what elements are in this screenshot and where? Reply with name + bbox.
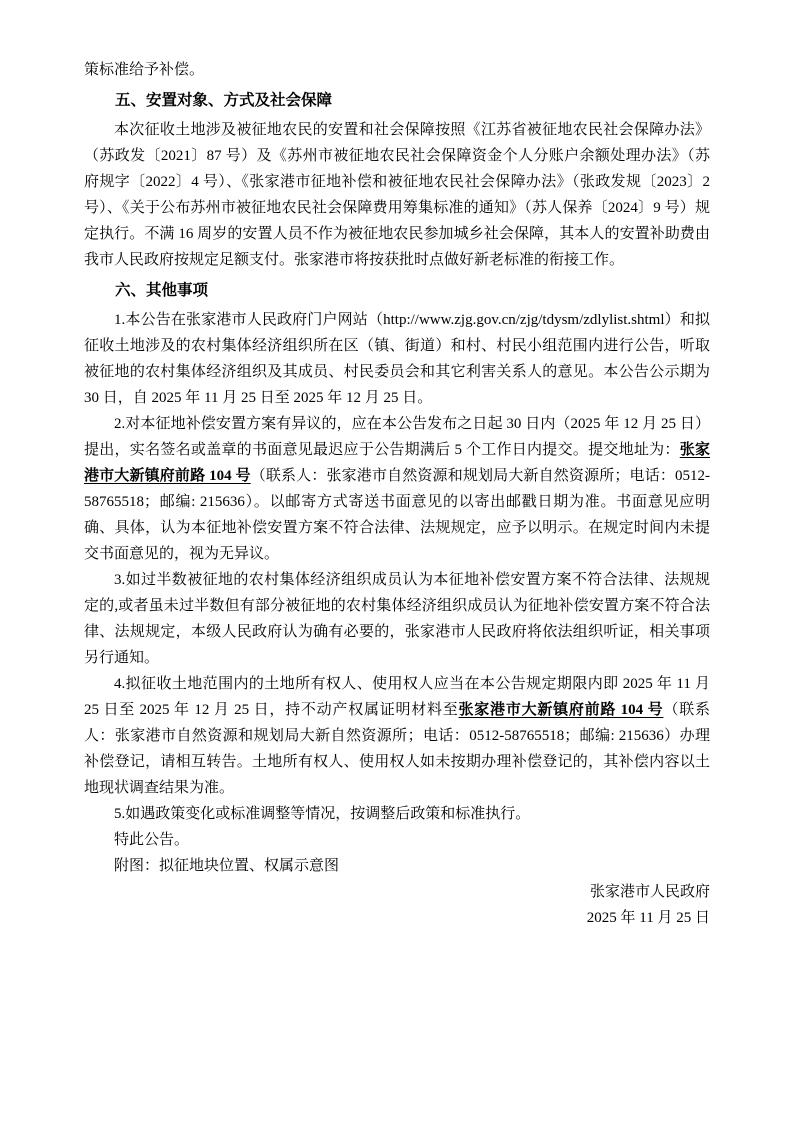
section6-item-5: 5.如遇政策变化或标准调整等情况，按调整后政策和标准执行。 xyxy=(84,801,710,827)
section6-item-2: 2.对本征地补偿安置方案有异议的，应在本公告发布之日起 30 日内（2025 年… xyxy=(84,411,710,567)
announcement-page: 策标准给予补偿。 五、安置对象、方式及社会保障 本次征收土地涉及被征地农民的安置… xyxy=(0,0,793,1121)
signature-issuer: 张家港市人民政府 xyxy=(84,879,710,905)
section6-item-1: 1.本公告在张家港市人民政府门户网站（http://www.zjg.gov.cn… xyxy=(84,307,710,411)
section6-item-3: 3.如过半数被征地的农村集体经济组织成员认为本征地补偿安置方案不符合法律、法规规… xyxy=(84,567,710,671)
attachment-line: 附图：拟征地块位置、权属示意图 xyxy=(84,853,710,879)
continuation-line: 策标准给予补偿。 xyxy=(84,57,710,83)
closing-line: 特此公告。 xyxy=(84,827,710,853)
section5-heading: 五、安置对象、方式及社会保障 xyxy=(84,88,710,114)
section5-paragraph: 本次征收土地涉及被征地农民的安置和社会保障按照《江苏省被征地农民社会保障办法》（… xyxy=(84,117,710,273)
signature-date: 2025 年 11 月 25 日 xyxy=(84,905,710,931)
section6-item-4: 4.拟征收土地范围内的土地所有权人、使用权人应当在本公告规定期限内即 2025 … xyxy=(84,671,710,801)
section6-heading: 六、其他事项 xyxy=(84,278,710,304)
registration-address: 张家港市大新镇府前路 104 号 xyxy=(459,702,664,718)
item2-text-pre: 2.对本征地补偿安置方案有异议的，应在本公告发布之日起 30 日内（2025 年… xyxy=(84,416,710,458)
